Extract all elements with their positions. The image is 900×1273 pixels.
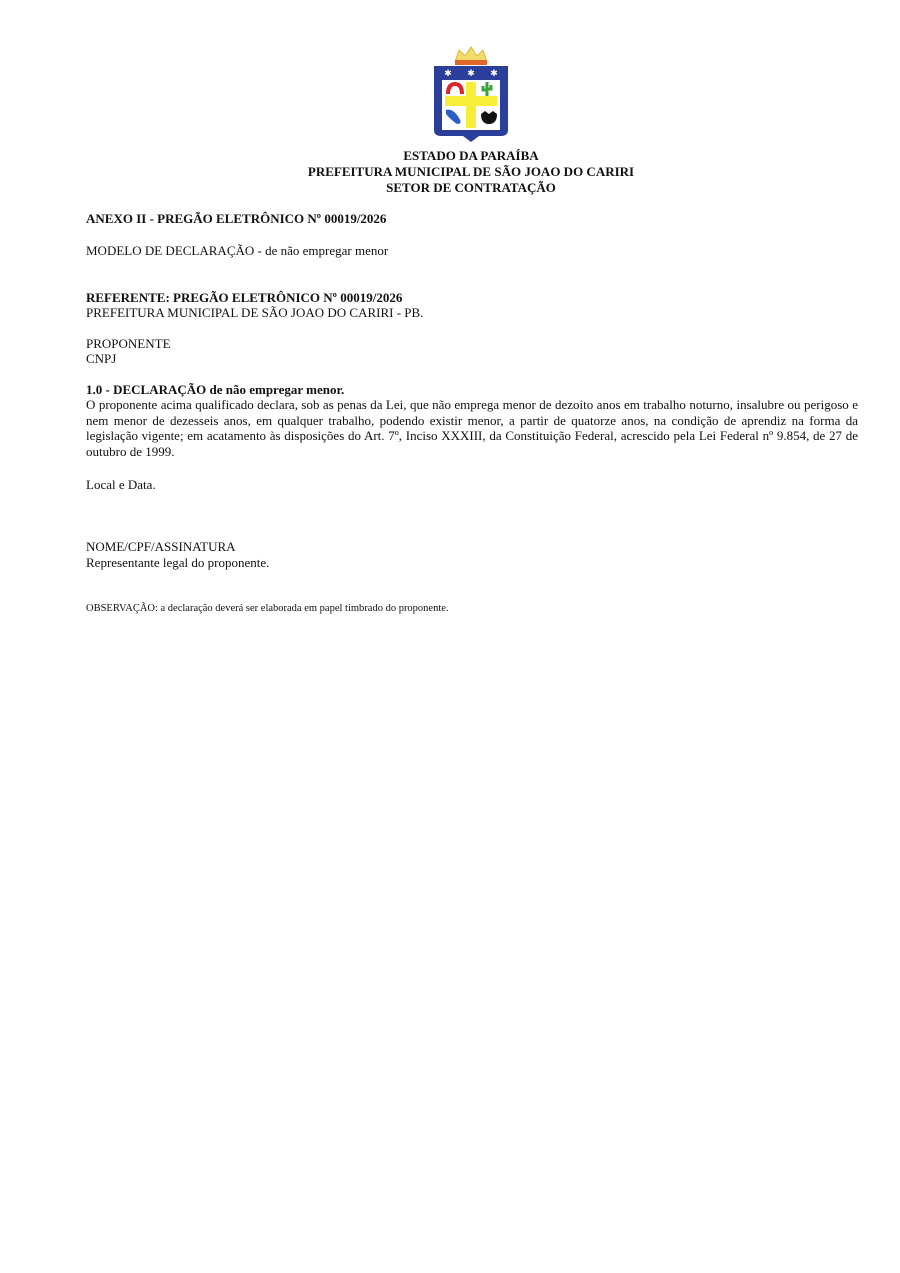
- svg-text:✱: ✱: [490, 68, 498, 78]
- svg-text:✱: ✱: [467, 68, 475, 78]
- reference-entity: PREFEITURA MUNICIPAL DE SÃO JOAO DO CARI…: [86, 305, 423, 321]
- annex-title: ANEXO II - PREGÃO ELETRÔNICO Nº 00019/20…: [86, 211, 386, 227]
- observation-note: OBSERVAÇÃO: a declaração deverá ser elab…: [86, 601, 449, 617]
- declaration-body: O proponente acima qualificado declara, …: [86, 397, 858, 459]
- svg-text:✱: ✱: [444, 68, 452, 78]
- coat-of-arms-icon: ✱ ✱ ✱: [431, 44, 511, 144]
- document-header: ESTADO DA PARAÍBA PREFEITURA MUNICIPAL D…: [0, 148, 900, 196]
- reference-label: REFERENTE: PREGÃO ELETRÔNICO Nº 00019/20…: [86, 290, 402, 306]
- state-name: ESTADO DA PARAÍBA: [0, 148, 900, 164]
- model-title: MODELO DE DECLARAÇÃO - de não empregar m…: [86, 243, 388, 259]
- declaration-title: 1.0 - DECLARAÇÃO de não empregar menor.: [86, 382, 344, 398]
- municipality-name: PREFEITURA MUNICIPAL DE SÃO JOAO DO CARI…: [0, 164, 900, 180]
- place-date: Local e Data.: [86, 477, 156, 493]
- signature-line: NOME/CPF/ASSINATURA: [86, 539, 236, 555]
- cnpj-label: CNPJ: [86, 351, 116, 367]
- signature-caption: Representante legal do proponente.: [86, 555, 269, 571]
- proponent-label: PROPONENTE: [86, 336, 171, 352]
- department-name: SETOR DE CONTRATAÇÃO: [0, 180, 900, 196]
- document-page: ✱ ✱ ✱ ESTADO DA PARAÍBA PREFEITURA MUNIC…: [0, 0, 900, 1273]
